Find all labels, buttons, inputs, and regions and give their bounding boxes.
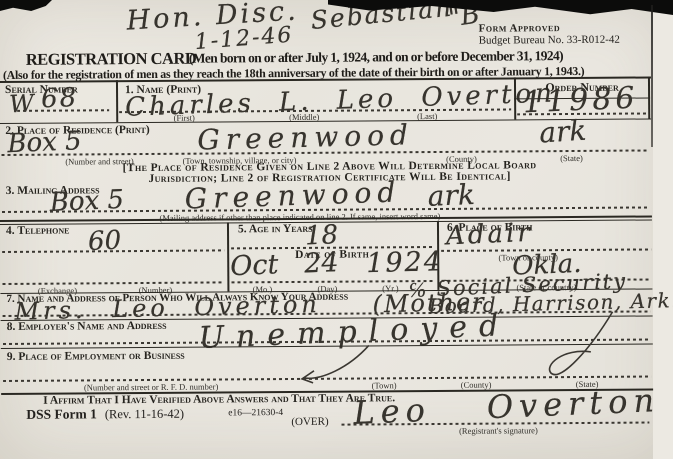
form-revision: (Rev. 11-16-42) <box>105 407 184 422</box>
form-name: DSS Form 1 <box>26 406 97 421</box>
card-content: Hon. Disc. Sebastian "B" 1-12-46 Form Ap… <box>0 0 673 459</box>
print-code: e16—21630-4 <box>228 408 283 418</box>
employment-town-sublabel: (Town) <box>372 380 397 390</box>
over-note: (OVER) <box>291 416 328 428</box>
form-id-line: DSS Form 1 (Rev. 11-16-42) <box>26 405 184 424</box>
signature-sublabel: (Registrant's signature) <box>459 425 538 436</box>
scan-artifact-right-line <box>651 5 653 147</box>
registration-card-scan: Hon. Disc. Sebastian "B" 1-12-46 Form Ap… <box>0 0 673 459</box>
